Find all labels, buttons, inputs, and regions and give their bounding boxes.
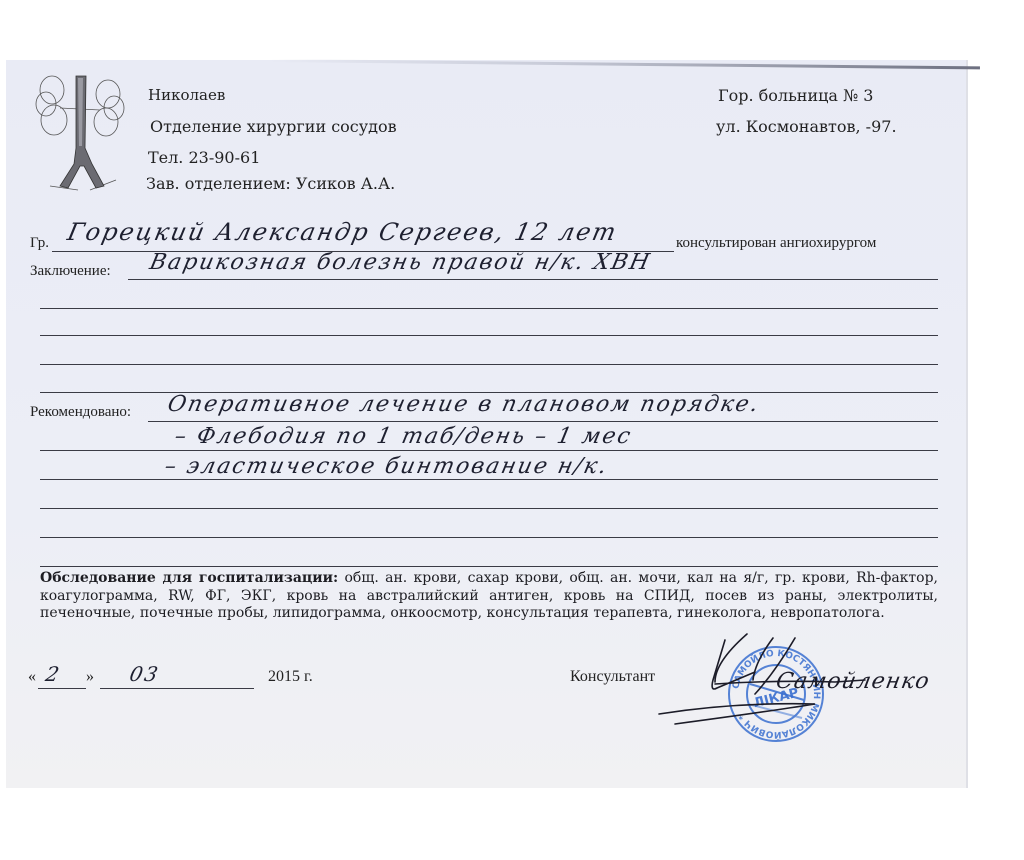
aorta-illustration-icon [30,68,130,193]
department-phone: Тел. 23-90-61 [148,148,260,167]
blank-rule [40,308,938,309]
conclusion-label: Заключение: [30,263,111,280]
conclusion-rule [128,279,938,280]
date-open-quote: « [28,668,36,686]
department-name: Отделение хирургии сосудов [150,117,397,136]
recommendation-label: Рекомендовано: [30,404,131,421]
recommendation-rule [148,421,938,422]
date-year: 2015 г. [268,668,313,686]
blank-rule [40,335,938,336]
hospitalization-label: Обследование для госпитализации: [40,570,338,586]
patient-name-handwritten: Горецкий Александр Сергеев, 12 лет [65,218,620,246]
blank-rule [40,566,938,567]
patient-prefix-label: Гр. [30,235,49,252]
date-month-rule [100,688,254,689]
date-month-handwritten: 03 [127,662,162,686]
consultant-label: Консультант [570,668,655,686]
hospital-address: ул. Космонавтов, -97. [716,117,897,136]
blank-rule [40,508,938,509]
recommendation-rule [40,479,938,480]
blank-rule [40,537,938,538]
conclusion-handwritten: Варикозная болезнь правой н/к. ХВН [147,250,653,275]
head-of-department: Зав. отделением: Усиков А.А. [146,174,395,193]
consultant-signature: Самойленко [655,632,975,742]
consulted-by-label: консультирован ангиохирургом [676,235,876,252]
recommendation-line-2: – Флебодия по 1 таб/день – 1 мес [172,424,634,449]
recommendation-rule [40,450,938,451]
recommendation-line-1: Оперативное лечение в плановом порядке. [165,392,762,417]
city-name: Николаев [148,86,225,104]
blank-rule [40,364,938,365]
hospitalization-requirements: Обследование для госпитализации: общ. ан… [40,570,938,623]
hospital-name: Гор. больница № 3 [718,86,873,105]
signature-handwritten: Самойленко [774,668,932,694]
date-close-quote: » [86,668,94,686]
date-day-rule [38,688,86,689]
recommendation-line-3: – эластическое бинтование н/к. [162,454,610,479]
